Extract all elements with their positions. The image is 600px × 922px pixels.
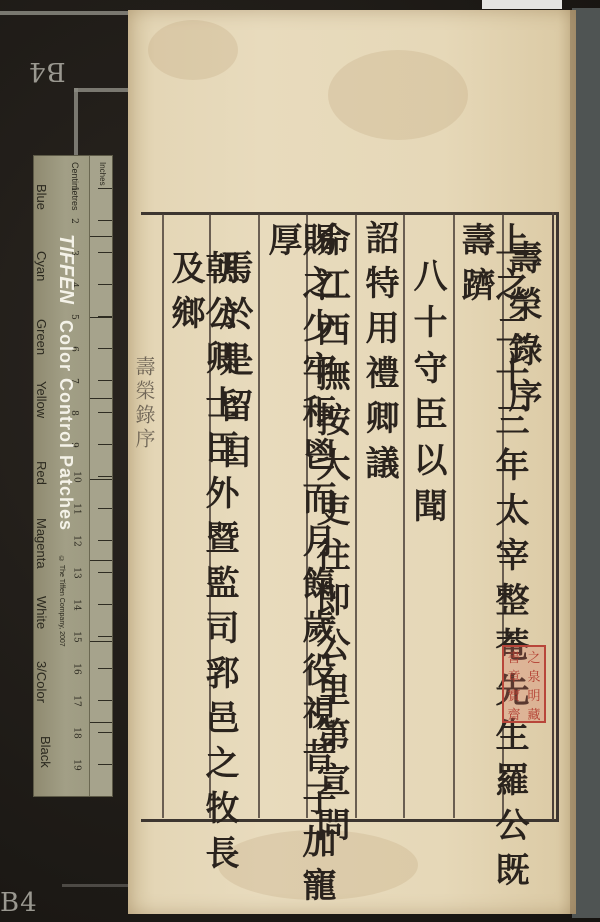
- column-rule: [355, 214, 357, 818]
- patch-label-3color: 3/Color: [34, 661, 49, 703]
- fore-edge-margin-title: 壽榮錄序: [134, 356, 154, 452]
- column-rule: [162, 214, 164, 818]
- grid-line-inner-left: [74, 88, 78, 156]
- paper-stain: [328, 50, 468, 140]
- grid-line-inner-top: [74, 88, 130, 92]
- red-collector-seal: 書 之 章 泉 寶 明 齋 藏: [502, 645, 546, 723]
- grid-line-top: [0, 11, 130, 15]
- paper-stain: [148, 20, 238, 80]
- tiffen-logo: TIFFEN: [55, 234, 77, 304]
- product-name: Color Control Patches: [56, 320, 76, 531]
- patch-label-white: White: [34, 596, 49, 629]
- centimetres-label: Centimetres: [70, 162, 80, 211]
- patch-label-red: Red: [34, 461, 49, 485]
- tiffen-brand: TIFFEN Color Control Patches: [54, 234, 77, 531]
- grid-line-bottom: [62, 884, 130, 887]
- patch-label-yellow: Yellow: [34, 381, 49, 418]
- text-column-3: 詔特用禮卿議: [362, 220, 396, 490]
- text-column-1: 上之二十三年太宰整菴先生羅公既壽躋: [458, 222, 526, 922]
- column-rule: [258, 214, 260, 818]
- inches-label: Inches: [98, 162, 107, 186]
- patch-label-cyan: Cyan: [34, 251, 49, 281]
- top-white-strip: [482, 0, 562, 9]
- gray-support-board: [572, 8, 600, 918]
- grid-label-bottom: B4: [0, 888, 38, 918]
- text-column-7: 朝公卿士臣外暨監司郛邑之牧長及鄉: [168, 250, 236, 922]
- patch-label-black: Black: [38, 736, 53, 768]
- grid-label-top: B4: [28, 56, 66, 86]
- patch-label-magenta: Magenta: [34, 518, 49, 569]
- column-rule: [403, 214, 405, 818]
- text-column-5: 賜之少牢秬鬯而月餼歲役視昔子加寵厚: [265, 222, 333, 922]
- printed-border-inner-right: [552, 212, 554, 820]
- page-edge: [570, 10, 576, 914]
- tiffen-color-card: 1 2 3 4 5 6 7 8 9 10 11 12 13 14 15 16 1…: [33, 155, 113, 797]
- patch-label-green: Green: [34, 319, 49, 355]
- patch-label-blue: Blue: [34, 184, 49, 210]
- copyright-text: © The Tiffen Company, 2007: [58, 556, 65, 647]
- text-column-2: 八十守臣以聞: [410, 258, 444, 534]
